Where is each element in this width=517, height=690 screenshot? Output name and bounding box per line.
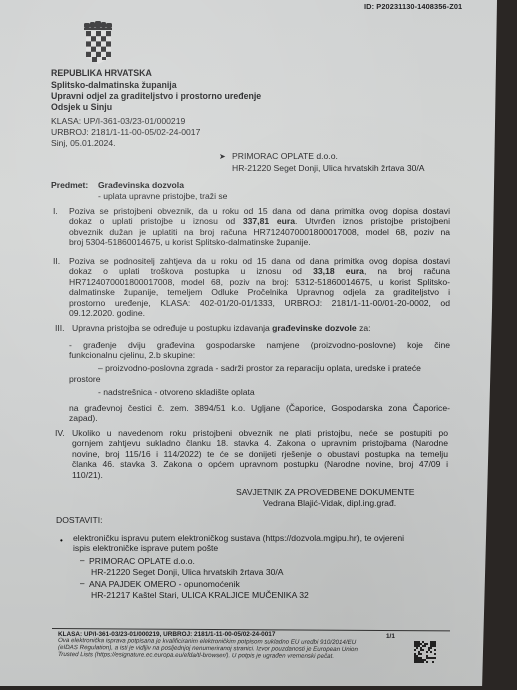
footer-page-number: 1/1 xyxy=(386,632,395,642)
sub-item-1-line2: prostore xyxy=(69,374,101,384)
section-numeral: I. xyxy=(53,206,58,216)
urbroj: URBROJ: 2181/1-11-00-05/02-24-0017 xyxy=(51,127,200,137)
delivery-recipient-name: ANA PAJDEK OMERO - opunomoćenik xyxy=(89,579,240,589)
paragraph-line: Poziva se podnositelj zahtjeva da u roku… xyxy=(69,256,450,266)
subject-label: Predmet: xyxy=(51,180,88,190)
subject-title: Građevinska dozvola xyxy=(98,180,184,190)
paragraph-line: dalmatinske županije, temeljem Odluke Pr… xyxy=(69,287,450,297)
header-office: Odsjek u Sinju xyxy=(51,102,112,112)
qr-code-icon xyxy=(414,641,436,663)
paragraph-line: novine, broj 115/16 i 114/2022) te će se… xyxy=(72,449,448,459)
section-2-paragraph: Poziva se podnositelj zahtjeva da u roku… xyxy=(69,256,450,318)
recipient-name: PRIMORAC OPLATE d.o.o. xyxy=(232,151,338,161)
section-numeral: III. xyxy=(55,323,65,333)
signature-name: Vedrana Blajić-Vidak, dipl.ing.građ. xyxy=(263,498,396,508)
sub-item-1-line1: – proizvodno-poslovna zgrada - sadrži pr… xyxy=(98,363,421,373)
footer-signature-notice-3: Trusted Lists (https://esignature.ec.eur… xyxy=(58,651,334,660)
section-numeral: II. xyxy=(53,256,60,266)
croatian-coat-of-arms-icon xyxy=(81,21,115,65)
delivery-label: DOSTAVITI: xyxy=(56,515,102,525)
section-3-item: - građenje dviju građevina gospodarske n… xyxy=(69,340,450,361)
section-3-intro-text: Upravna pristojba se određuje u postupku… xyxy=(72,323,272,333)
delivery-line-2: ispis elektroničke isprave putem pošte xyxy=(73,543,218,553)
section-1-paragraph: Poziva se pristojbeni obveznik, da u rok… xyxy=(69,206,450,248)
dash-icon: – xyxy=(80,556,84,565)
document-id: ID: P20231130-1408356-Z01 xyxy=(364,2,462,12)
paragraph-line: zapad). xyxy=(69,413,450,423)
bullet-icon: • xyxy=(60,536,63,545)
paragraph-line: funkcionalnu cjelinu, 2.b skupine: xyxy=(69,350,450,360)
section-3-intro: Upravna pristojba se određuje u postupku… xyxy=(72,323,371,333)
paragraph-line: gornjem zahtjevu sukladno članku 18. sta… xyxy=(72,438,448,448)
paragraph-line: članka 46. stavka 3. Zakona o općem upra… xyxy=(72,459,448,469)
section-numeral: IV. xyxy=(55,428,65,438)
header-country: REPUBLIKA HRVATSKA xyxy=(51,68,152,78)
section-3-intro-bold: građevinske dozvole xyxy=(272,323,357,333)
paragraph-line: HR7124070001800017008, model 68, poziv n… xyxy=(69,277,450,287)
arrow-bullet-icon: ➤ xyxy=(219,152,226,161)
paragraph-line: prostorno uređenje, KLASA: 402-01/20-01/… xyxy=(69,298,450,308)
document-page: ID: P20231130-1408356-Z01 REPUBLIKA HRVA… xyxy=(0,0,497,686)
paragraph-line: - građenje dviju građevina gospodarske n… xyxy=(69,340,450,350)
recipient-address: HR-21220 Seget Donji, Ulica hrvatskih žr… xyxy=(232,163,425,173)
paragraph-line: obveznik dužan je uplatiti na broj račun… xyxy=(69,227,450,237)
header-department: Upravni odjel za graditeljstvo i prostor… xyxy=(51,91,261,101)
paragraph-line: 110/21). xyxy=(72,470,448,480)
paragraph-line: Poziva se pristojbeni obveznik, da u rok… xyxy=(69,206,450,216)
signature-title: SAVJETNIK ZA PROVEDBENE DOKUMENTE xyxy=(236,487,414,497)
place-date: Sinj, 05.01.2024. xyxy=(51,138,116,148)
section-3-location: na građevnoj čestici č. zem. 3894/51 k.o… xyxy=(69,403,450,424)
paragraph-line: na građevnoj čestici č. zem. 3894/51 k.o… xyxy=(69,403,450,413)
klasa: KLASA: UP/I-361-03/23-01/000219 xyxy=(51,116,185,126)
delivery-recipient-name: PRIMORAC OPLATE d.o.o. xyxy=(89,556,195,566)
section-4-paragraph: Ukoliko u navedenom roku pristojbeni obv… xyxy=(72,428,448,480)
section-3-intro-end: za: xyxy=(357,323,371,333)
paragraph-line: dokaz o uplati pristojbe u iznosu od 337… xyxy=(69,216,450,226)
paragraph-line: broj 5304-51860014675, u korist Splitsko… xyxy=(69,237,450,247)
paragraph-line: dokaz o uplati troškova postupka u iznos… xyxy=(69,266,450,276)
paragraph-line: 09.12.2020. godine. xyxy=(69,308,450,318)
delivery-recipient-address: HR-21220 Seget Donji, Ulica hrvatskih žr… xyxy=(91,567,284,577)
paragraph-line: Ukoliko u navedenom roku pristojbeni obv… xyxy=(72,428,448,438)
subject-subtitle: - uplata upravne pristojbe, traži se xyxy=(98,191,227,201)
sub-item-2-line1: - nadstrešnica - otvoreno skladište opla… xyxy=(98,387,255,397)
delivery-line-1: elektroničku ispravu putem elektroničkog… xyxy=(73,533,404,543)
header-county: Splitsko-dalmatinska županija xyxy=(51,80,177,90)
delivery-recipient-address: HR-21217 Kaštel Stari, ULICA KRALJICE MU… xyxy=(91,590,309,600)
dash-icon: – xyxy=(80,579,84,588)
